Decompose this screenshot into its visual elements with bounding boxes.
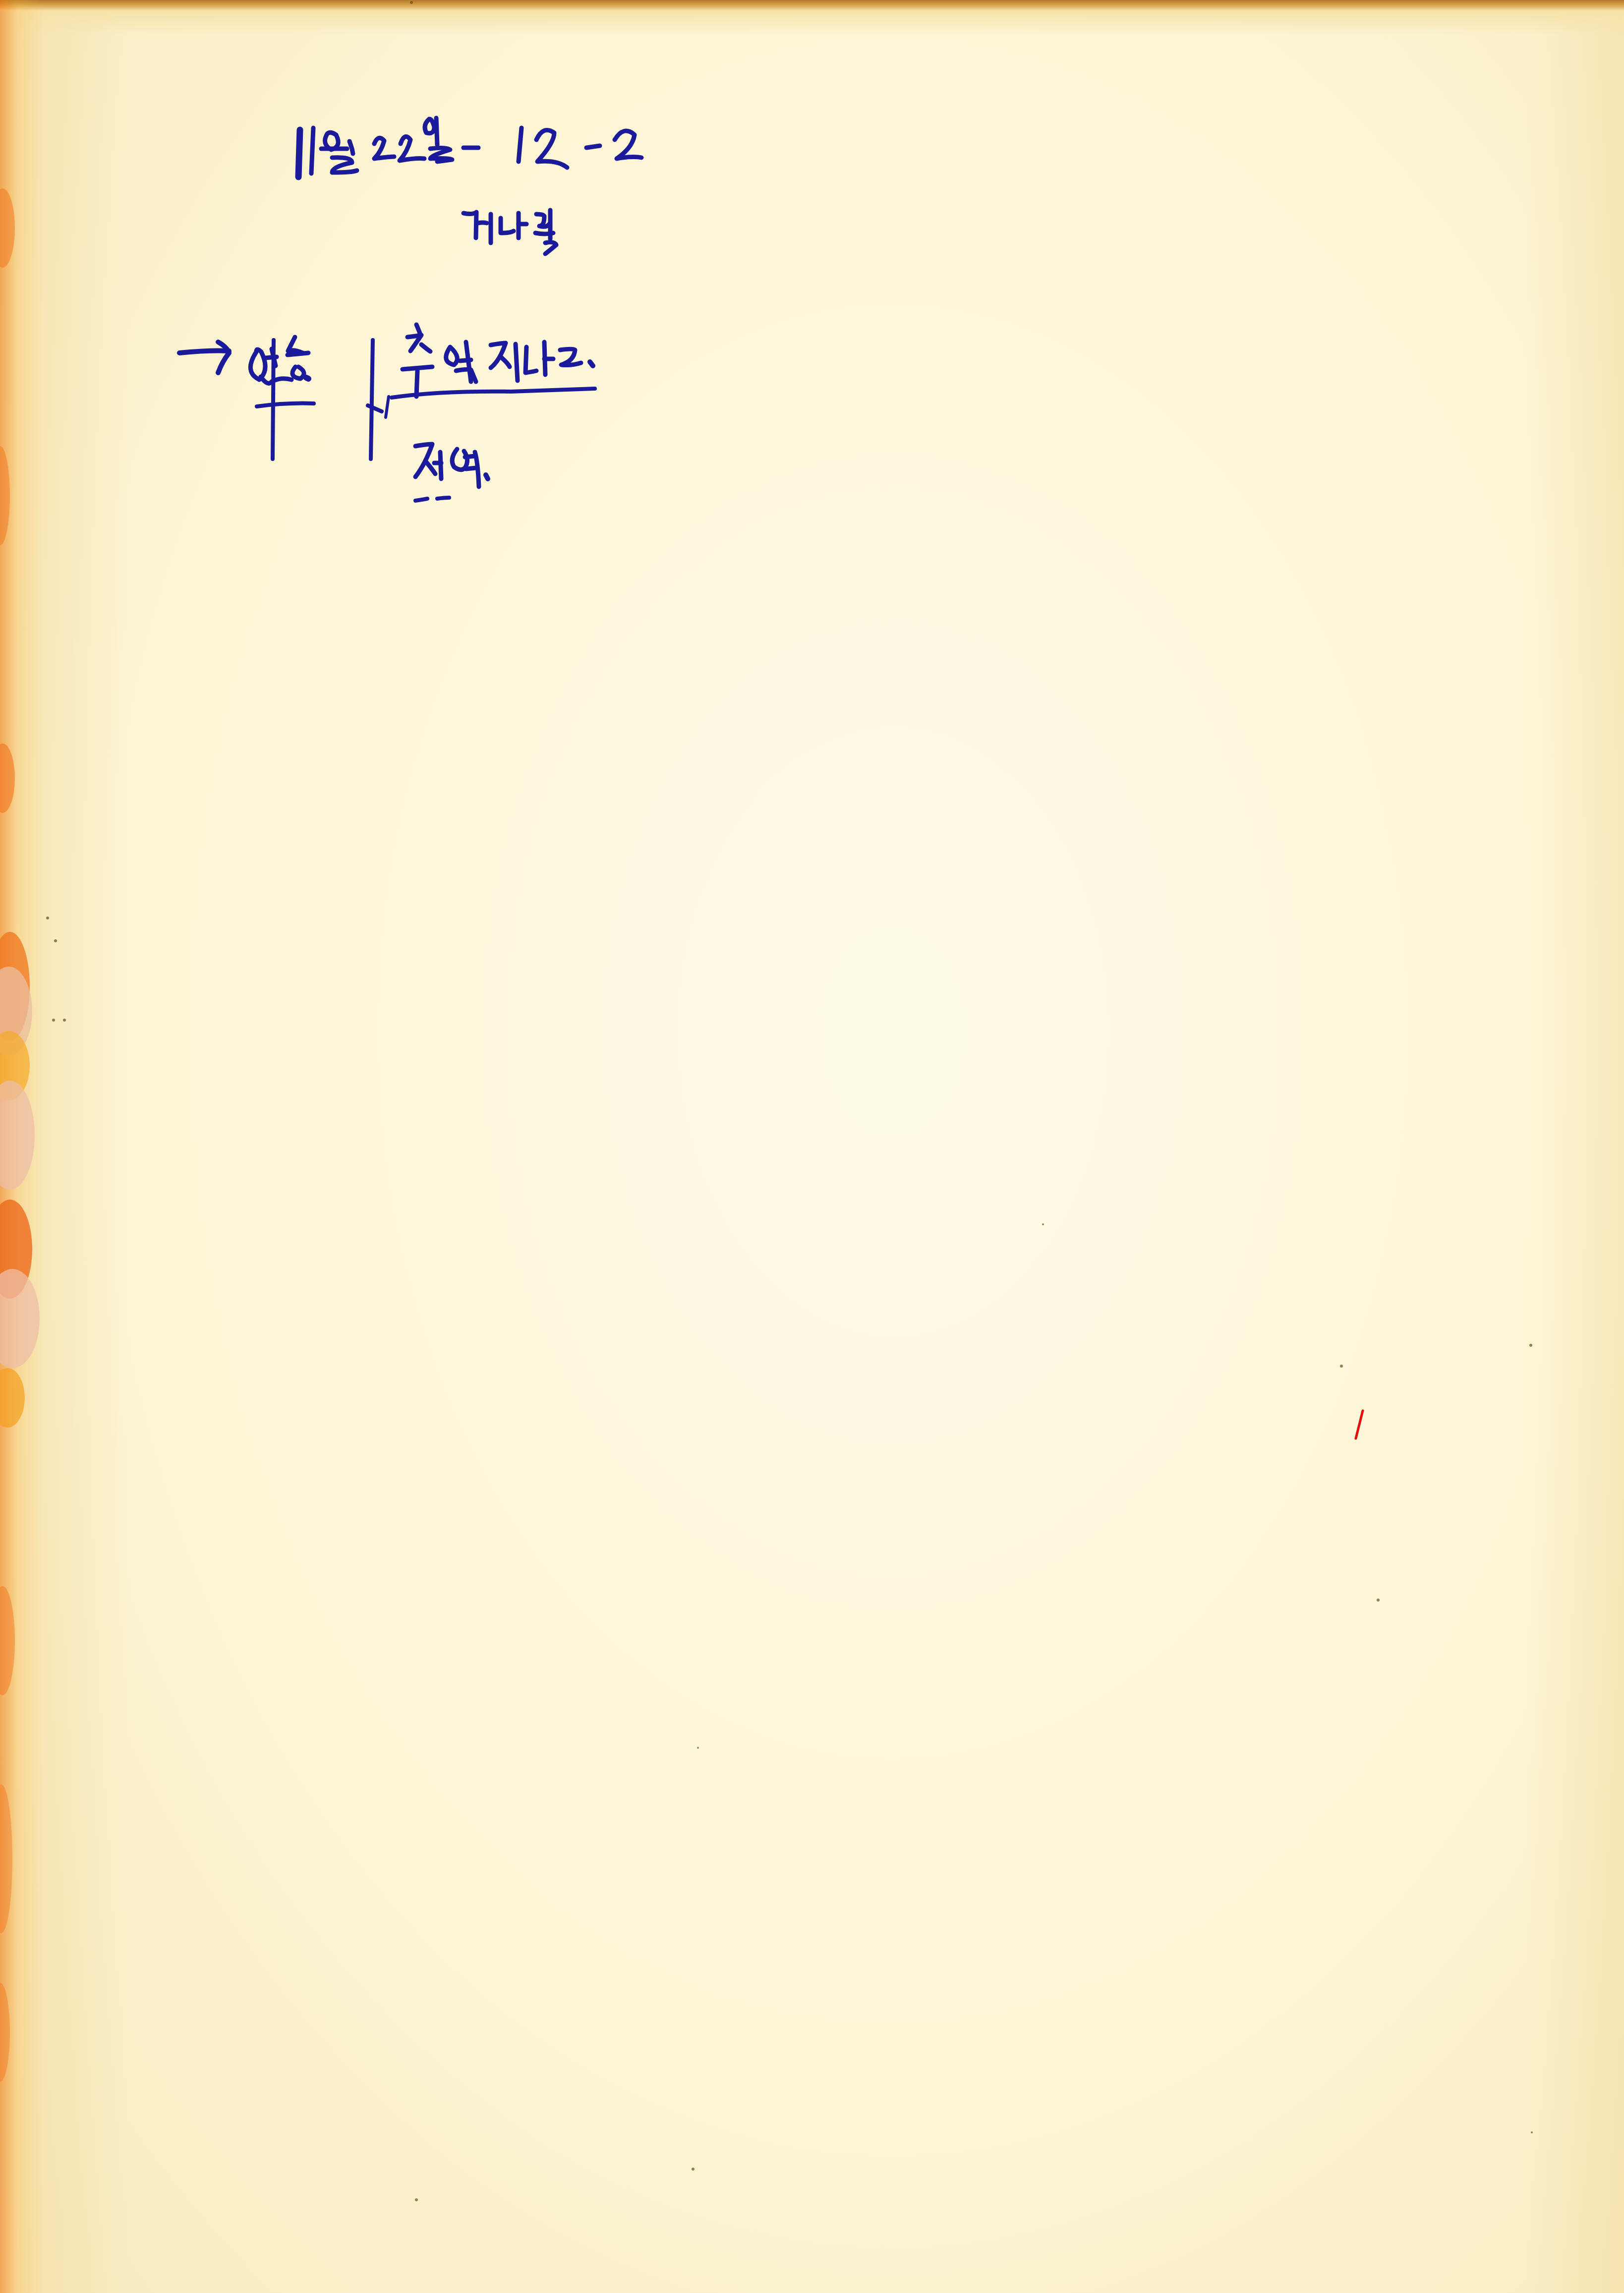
red-tick-text: /: [1348, 1408, 1358, 1442]
branch-bottom: 저녁.: [411, 436, 501, 493]
date-line: 11월 22일 - 12 - 2: [288, 114, 805, 199]
left-label: 연습.: [248, 327, 337, 384]
subtitle: 가나리: [456, 203, 571, 260]
branch-top: 추억지나고.: [402, 322, 631, 387]
handwriting-ink: [0, 0, 1624, 2293]
arrow-icon: →: [178, 327, 212, 373]
